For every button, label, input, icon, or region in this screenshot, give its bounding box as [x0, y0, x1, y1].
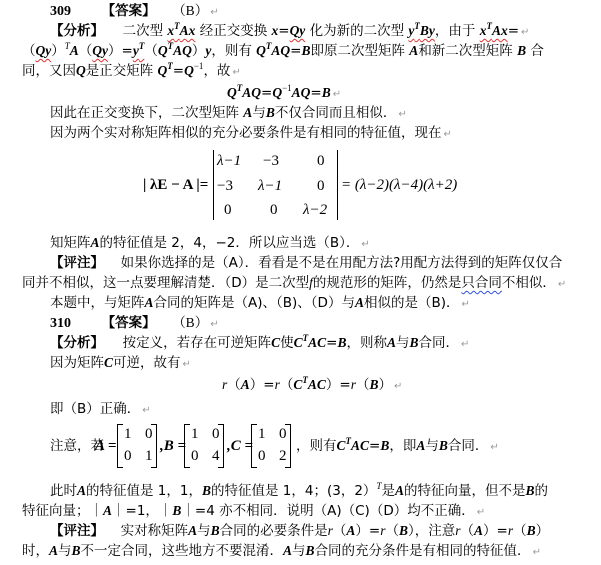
text: 合同的矩阵是（A)、（B)、（D）与: [154, 295, 355, 311]
text: 使: [280, 335, 294, 351]
matrix-cell: 1: [191, 426, 199, 443]
text: ，故: [203, 63, 230, 79]
text: 此时: [50, 483, 77, 499]
text: 知矩阵: [50, 235, 91, 251]
text: 即（B）正确．: [50, 401, 140, 417]
orthogonal-equation: QTAQ=Q−1AQ=B↵: [227, 84, 341, 104]
matrix-cell: 1: [258, 426, 266, 443]
q309-eigen-line: 知矩阵A的特征值是 2，4，−2．所以应当选（B）．↵: [50, 234, 370, 254]
text: 与: [197, 523, 211, 539]
text: 合同．: [448, 438, 489, 454]
text: 本题中，与矩阵: [50, 295, 145, 311]
matrix-cell: 1: [124, 426, 132, 443]
text: 因此在正交变换下，二次型矩阵: [50, 105, 239, 121]
det-cell: 0: [317, 153, 325, 170]
text: 的特征值是 2，4，−2．所以应当选（B）．: [100, 235, 360, 251]
matrix-cell: 0: [258, 448, 266, 465]
text: 和新二次型矩阵: [418, 43, 513, 59]
q309-line5: 因为两个实对称矩阵相似的充分必要条件是有相同的特征值，现在↵: [50, 124, 452, 144]
analysis-label: 【分析】: [50, 335, 104, 351]
q309-analysis-line2: （Qy）TA（Qy）=yT（QTAQ）y，则有 QTAQ=B即原二次型矩阵 A和…: [22, 42, 544, 60]
text: 同并不相似，这一点要理解清楚．（D）是二次型: [22, 275, 309, 291]
det-cell: λ−2: [303, 202, 327, 219]
text: 因为两个实对称矩阵相似的充分必要条件是有相同的特征值，现在: [50, 125, 442, 141]
text: 与: [252, 105, 266, 121]
det-cell: −3: [217, 178, 233, 195]
q309-comment-line2: 同并不相似，这一点要理解清楚．（D）是二次型f的规范形的矩阵，仍然是只合同不相似…: [22, 274, 566, 294]
q310-header: 310 【答案】 （B）↵: [50, 314, 219, 334]
answer-label: 【答案】: [102, 315, 156, 331]
text: 可逆，故有: [113, 355, 181, 371]
text: 特征向量；｜: [22, 503, 103, 519]
text: 与: [396, 335, 410, 351]
text: ，则有: [211, 43, 252, 59]
text: 合同的充分条件是有相同的特征值．: [315, 543, 531, 559]
text: 的特征向量，但不是: [404, 483, 526, 499]
comment-label: 【评注】: [50, 523, 104, 539]
question-number: 310: [50, 316, 71, 331]
text: 合同．: [419, 335, 460, 351]
text: 不一定合同，这些地方不要混淆．: [81, 543, 284, 559]
text: 化为新的二次型: [310, 23, 405, 39]
q309-comment-line1: 【评注】 如果你选择的是（A）．看看是不是在用配方法?用配方法得到的矩阵仅仅合: [50, 254, 562, 272]
text: 时，: [22, 543, 49, 559]
text: 按定义，若存在可逆矩阵: [123, 335, 272, 351]
answer-label: 【答案】: [102, 3, 156, 19]
text: ，由于: [435, 23, 476, 39]
text: 因为矩阵: [50, 355, 104, 371]
q310-correct: 即（B）正确．↵: [50, 400, 151, 420]
text: 二次型: [123, 23, 164, 39]
text: 同，又因: [22, 63, 76, 79]
text: 合同的必要条件是: [220, 523, 328, 539]
det-lhs: | λE − A |=: [143, 177, 208, 194]
text: ，注意: [415, 523, 456, 539]
q310-comment-line2: 时，A与B不一定合同，这些地方不要混淆．A与B合同的充分条件是有相同的特征值．↵: [22, 542, 541, 562]
text: 的: [534, 483, 548, 499]
text: 即原二次型矩阵: [311, 43, 406, 59]
text: 不相似．: [502, 275, 556, 291]
text: ｜=4 亦不相同．说明（A)（C)（D）均不正确．: [181, 503, 474, 519]
text: ，则称: [346, 335, 387, 351]
q309-analysis-line1: 【分析】 二次型 xTAx 经正交变换 x=Qy 化为新的二次型 yTBy，由于…: [50, 22, 529, 42]
q309-summary: 本题中，与矩阵A合同的矩阵是（A)、（B)、（D）与A相似的是（B)．↵: [50, 294, 470, 314]
text: ｜=1，｜: [112, 503, 172, 519]
text: 实对称矩阵: [121, 523, 189, 539]
text: 相似的是（B)．: [364, 295, 460, 311]
q309-header: 309 【答案】 （B）↵: [50, 2, 219, 22]
q310-eigen-line1: 此时A的特征值是 1，1，B的特征值是 1，4；(3，2）T是A的特征向量，但不…: [50, 482, 548, 500]
text: 如果你选择的是（A）．看看是不是在用配方法?用配方法得到的矩阵仅仅合: [121, 255, 563, 271]
q309-line4: 因此在正交变换下，二次型矩阵 A与B不仅合同而且相似．↵: [50, 104, 407, 124]
text: 是: [381, 483, 395, 499]
det-rhs: = (λ−2)(λ−4)(λ+2): [341, 177, 457, 194]
det-bar-left: [213, 150, 214, 220]
text: 不仅合同而且相似．: [275, 105, 397, 121]
analysis-label: 【分析】: [50, 23, 104, 39]
text: 的特征值是 1，1，: [86, 483, 202, 499]
det-cell: λ−1: [217, 153, 241, 170]
q309-analysis-line3: 同，又因Q是正交矩阵 QT=Q−1，故↵: [22, 62, 241, 82]
answer-value: （B）: [172, 3, 208, 18]
comment-label: 【评注】: [50, 255, 104, 271]
q310-comment-line1: 【评注】 实对称矩阵A与B合同的必要条件是r（A）=r（B），注意r（A）=r（…: [50, 522, 549, 540]
text: 与: [58, 543, 72, 559]
text: 的规范形的矩阵，仍然是: [313, 275, 462, 291]
det-cell: 0: [224, 202, 232, 219]
text: 与: [292, 543, 306, 559]
answer-value: （B）: [172, 315, 208, 330]
det-bar-right: [337, 150, 338, 220]
text: 与: [425, 438, 439, 454]
matrix-cell: 0: [124, 448, 132, 465]
det-cell: −3: [263, 153, 279, 170]
matrix-cell: 0: [191, 448, 199, 465]
det-cell: λ−1: [258, 178, 282, 195]
q310-analysis: 【分析】 按定义，若存在可逆矩阵C使CTAC=B，则称A与B合同．↵: [50, 334, 469, 354]
text: 合: [530, 43, 544, 59]
q310-eigen-line2: 特征向量；｜A｜=1，｜B｜=4 亦不相同．说明（A)（C)（D）均不正确．↵: [22, 502, 485, 522]
text: 是正交矩阵: [86, 63, 154, 79]
det-cell: 0: [317, 178, 325, 195]
text: 只合同: [461, 275, 502, 291]
text: ，则有: [296, 438, 337, 454]
text: 经正交变换: [200, 23, 268, 39]
question-number: 309: [50, 4, 71, 19]
rank-equation: r（A）=r（CTAC）=r（B）↵: [222, 376, 402, 396]
q310-line2: 因为矩阵C可逆，故有↵: [50, 354, 191, 374]
text: ，即: [389, 438, 416, 454]
det-cell: 0: [270, 202, 278, 219]
text: 的特征值是 1，4；(3，2）: [211, 483, 376, 499]
